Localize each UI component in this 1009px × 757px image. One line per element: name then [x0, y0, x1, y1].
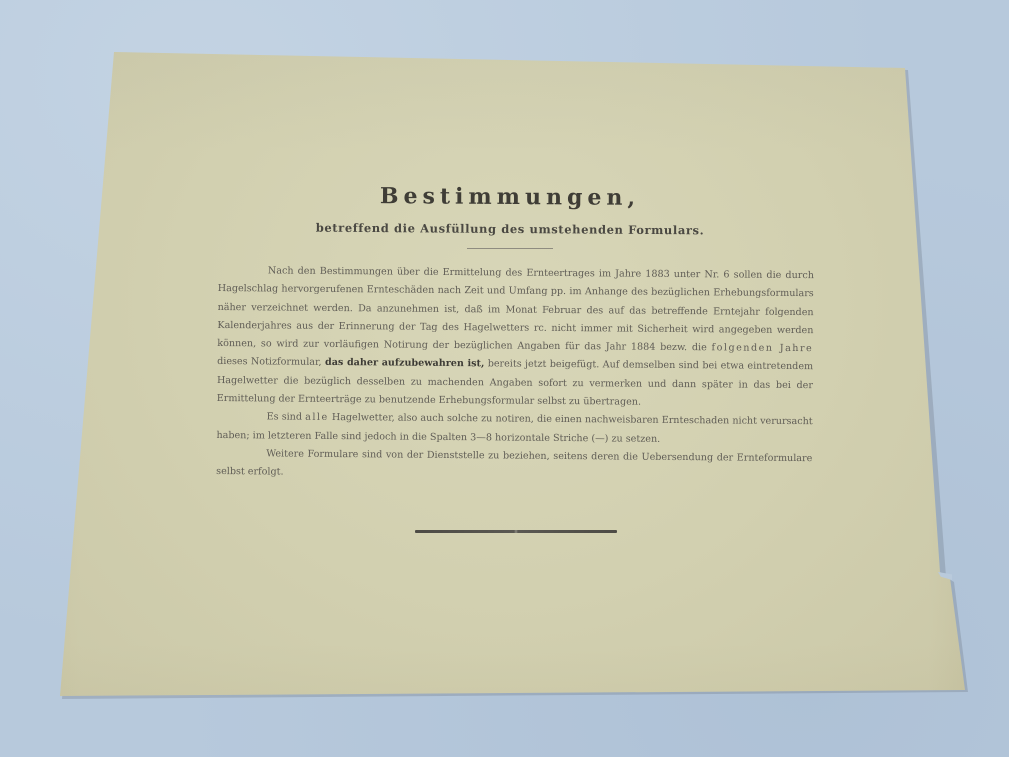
emphasized-text: das daher aufzubewahren ist, [325, 357, 484, 369]
spaced-text: alle [305, 412, 329, 423]
document-subtitle: betreffend die Ausfüllung des umstehende… [300, 221, 720, 238]
document-body: Nach den Bestimmungen über die Ermittelu… [216, 262, 814, 487]
document-title: Bestimmungen, [300, 183, 720, 212]
title-rule [467, 248, 553, 249]
spaced-text: folgenden Jahre [712, 342, 814, 354]
body-text-run: Nach den Bestimmungen über die Ermittelu… [217, 265, 814, 353]
body-text-run: Es sind [267, 412, 306, 423]
body-text-run: Weitere Formulare sind von der Dienstste… [216, 448, 812, 477]
paragraph: Es sind alle Hagelwetter, also auch solc… [216, 408, 812, 450]
body-text-run: dieses Notizformular, [217, 356, 325, 368]
closing-divider [415, 530, 617, 533]
paragraph: Weitere Formulare sind von der Dienstste… [216, 445, 812, 487]
paragraph: Nach den Bestimmungen über die Ermittelu… [217, 262, 814, 414]
